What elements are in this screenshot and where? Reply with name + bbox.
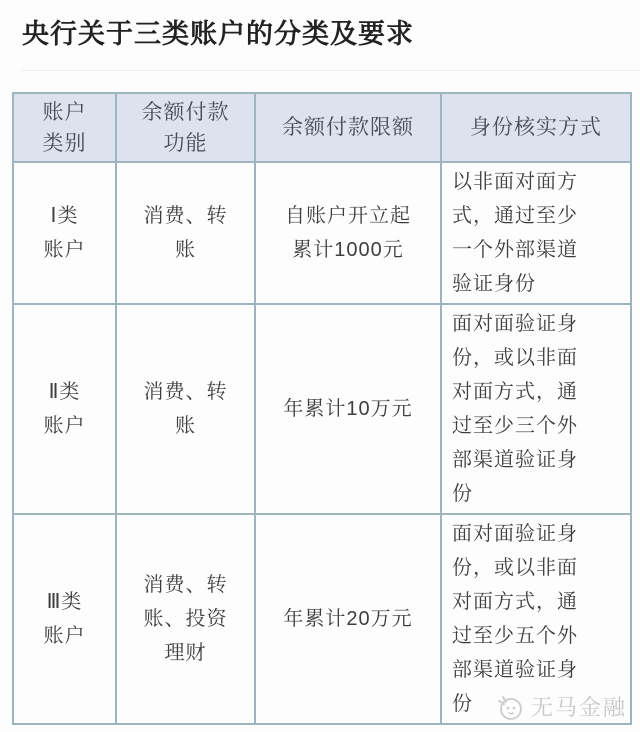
- table-header-row: 账户 类别 余额付款 功能 余额付款限额 身份核实方式: [13, 93, 631, 162]
- header-identity-verification: 身份核实方式: [441, 93, 631, 162]
- cell-payment-function: 消费、转 账: [116, 304, 255, 514]
- cell-payment-limit: 年累计20万元: [255, 514, 441, 724]
- cell-account-category: Ⅲ类 账户: [13, 514, 116, 724]
- cell-payment-function: 消费、转 账: [116, 162, 255, 304]
- cell-identity-verification: 以非面对面方 式，通过至少 一个外部渠道 验证身份: [441, 162, 631, 304]
- cell-account-category: Ⅱ类 账户: [13, 304, 116, 514]
- accounts-classification-table: 账户 类别 余额付款 功能 余额付款限额 身份核实方式 Ⅰ类 账户 消费、转 账…: [12, 92, 632, 725]
- cell-payment-limit: 年累计10万元: [255, 304, 441, 514]
- watermark: 无马金融: [495, 691, 627, 722]
- header-payment-function: 余额付款 功能: [116, 93, 255, 162]
- cell-payment-limit: 自账户开立起 累计1000元: [255, 162, 441, 304]
- table-row-type1-account: Ⅰ类 账户 消费、转 账 自账户开立起 累计1000元 以非面对面方 式，通过至…: [13, 162, 631, 304]
- cell-identity-verification: 面对面验证身 份，或以非面 对面方式，通 过至少三个外 部渠道验证身 份: [441, 304, 631, 514]
- watermark-label: 无马金融: [531, 691, 627, 722]
- cell-account-category: Ⅰ类 账户: [13, 162, 116, 304]
- wuma-horse-logo-icon: [495, 692, 525, 722]
- table-row-type2-account: Ⅱ类 账户 消费、转 账 年累计10万元 面对面验证身 份，或以非面 对面方式，…: [13, 304, 631, 514]
- cell-payment-function: 消费、转 账、投资 理财: [116, 514, 255, 724]
- header-payment-limit: 余额付款限额: [255, 93, 441, 162]
- title-divider: [22, 70, 640, 71]
- page-title: 央行关于三类账户的分类及要求: [22, 12, 414, 51]
- header-account-category: 账户 类别: [13, 93, 116, 162]
